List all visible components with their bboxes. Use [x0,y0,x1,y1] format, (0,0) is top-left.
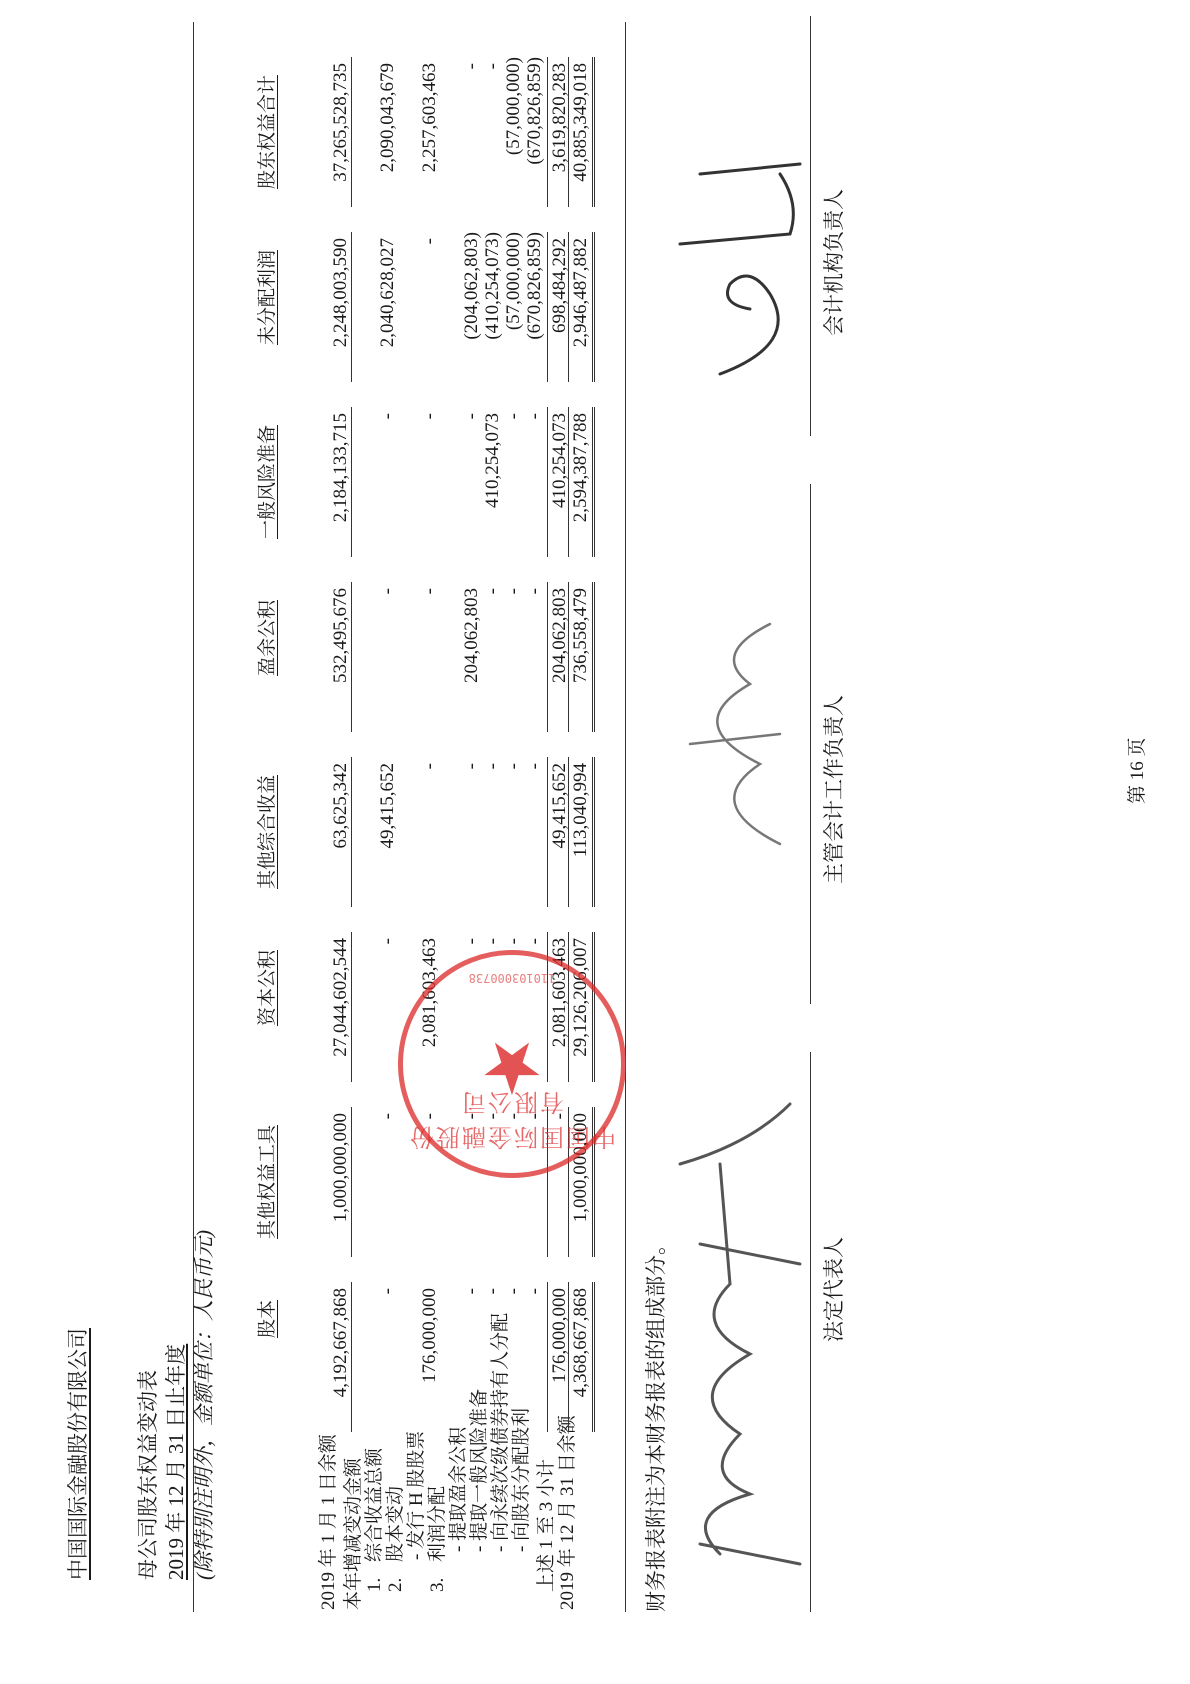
row-number: 3. [427,1562,448,1592]
table-cell: - [377,1282,398,1452]
table-cell: - [461,757,482,927]
table-cell: 27,044,602,544 [330,932,351,1102]
table-cell: 2,946,487,882 [570,232,591,402]
table-cell: 410,254,073 [482,407,503,577]
table-cell: - [377,1107,398,1277]
signature-line-legal-rep [810,1052,811,1612]
table-cell: - [419,232,440,402]
table-cell: - [461,57,482,227]
column-header: 盈余公积 [252,582,282,752]
table-cell: (670,826,859) [524,232,545,402]
table-cell: 2,248,003,590 [330,232,351,402]
opening-balance-rule [351,407,352,557]
signature-accounting-head [660,604,800,864]
opening-balance-rule [351,582,352,732]
table-cell: - [377,582,398,752]
table-cell: 3,619,820,283 [549,57,570,227]
table-cell: (57,000,000) [503,232,524,402]
signature-accounting-dept [660,124,810,404]
row-label-text: 2019 年 1 月 1 日余额 [318,1434,339,1610]
column-header: 其他权益工具 [252,1107,282,1277]
column-cells: 63,625,34249,415,652-----49,415,652113,0… [330,757,591,927]
table-cell: - [482,757,503,927]
table-cell [440,232,461,402]
column-cells: 2,184,133,715---410,254,073--410,254,073… [330,407,591,577]
opening-balance-rule [351,1107,352,1257]
opening-balance-rule [351,57,352,207]
table-cell: - [419,757,440,927]
table-cell: 532,495,676 [330,582,351,752]
table-cell: 49,415,652 [549,757,570,927]
table-cell: 2,040,628,027 [377,232,398,402]
column-cells: 37,265,528,7352,090,043,6792,257,603,463… [330,57,591,227]
table-cell: 1,000,000,000 [330,1107,351,1277]
row-label-text: 上述 1 至 3 小计 [536,1459,557,1592]
company-name: 中国国际金融股份有限公司 [62,1328,92,1580]
signatory-accounting-head: 主管会计工作负责人 [818,695,848,884]
table-cell: - [482,1282,503,1452]
opening-balance-rule [351,1282,352,1432]
table-cell [398,582,419,752]
column-header: 一般风险准备 [252,407,282,577]
table-cell: 49,415,652 [377,757,398,927]
table-cell: (670,826,859) [524,57,545,227]
table-cell: - [377,932,398,1102]
table-cell [440,407,461,577]
row-number: 2. [385,1562,406,1592]
table-cell: 37,265,528,735 [330,57,351,227]
signature-line-accounting-dept [810,16,811,436]
table-column: 盈余公积532,495,676--204,062,803---204,062,8… [252,582,591,752]
opening-balance-rule [351,232,352,382]
signatory-legal-rep: 法定代表人 [818,1237,848,1342]
table-column: 股本4,192,667,868-176,000,000----176,000,0… [252,1282,591,1452]
table-cell: - [419,407,440,577]
table-cell [356,407,377,577]
table-cell: (204,062,803) [461,232,482,402]
table-cell: 698,484,292 [549,232,570,402]
column-cells: 2,248,003,5902,040,628,027-(204,062,803)… [330,232,591,402]
table-cell [356,1107,377,1277]
table-cell [398,407,419,577]
table-cell: 4,368,667,868 [570,1282,591,1452]
table-cell [440,57,461,227]
table-cell [398,757,419,927]
table-column: 其他综合收益63,625,34249,415,652-----49,415,65… [252,757,591,927]
table-column: 未分配利润2,248,003,5902,040,628,027-(204,062… [252,232,591,402]
table-cell: 2,184,133,715 [330,407,351,577]
table-cell [356,932,377,1102]
table-cell [398,1282,419,1452]
table-cell: - [482,57,503,227]
opening-balance-rule [351,932,352,1082]
table-cell: (57,000,000) [503,57,524,227]
table-cell: 176,000,000 [419,1282,440,1452]
table-cell: 176,000,000 [549,1282,570,1452]
table-cell: - [524,582,545,752]
table-cell: - [503,1282,524,1452]
table-cell: 204,062,803 [549,582,570,752]
signatory-accounting-dept: 会计机构负责人 [818,189,848,336]
table-cell [356,582,377,752]
table-cell: - [461,1282,482,1452]
table-cell [440,582,461,752]
table-column: 一般风险准备2,184,133,715---410,254,073--410,2… [252,407,591,577]
column-header: 未分配利润 [252,232,282,402]
seal-code: 110103000738 [403,971,621,985]
table-cell: 40,885,349,018 [570,57,591,227]
table-cell: 736,558,479 [570,582,591,752]
table-cell: - [419,582,440,752]
table-cell: 204,062,803 [461,582,482,752]
table-cell: - [503,407,524,577]
table-cell: 4,192,667,868 [330,1282,351,1452]
row-label-text: 利润分配 [427,1486,448,1562]
row-label-text: 本年增减变动金额 [343,1458,364,1610]
table-cell [398,232,419,402]
column-cells: 4,192,667,868-176,000,000----176,000,000… [330,1282,591,1452]
statement-title: 母公司股东权益变动表 [132,1370,162,1580]
column-cells: 532,495,676--204,062,803---204,062,80373… [330,582,591,752]
row-number: 1. [364,1562,385,1592]
table-cell [356,57,377,227]
page-number: 第 16 页 [1122,737,1149,804]
table-cell: 113,040,994 [570,757,591,927]
table-cell [356,232,377,402]
table-cell: - [524,757,545,927]
table-cell: 2,257,603,463 [419,57,440,227]
column-header: 资本公积 [252,932,282,1102]
signature-legal-rep [660,1064,810,1584]
table-bottom-rule [625,22,626,1612]
table-cell: - [503,757,524,927]
table-cell [398,57,419,227]
table-cell: 63,625,342 [330,757,351,927]
statement-period: 2019 年 12 月 31 日止年度 [160,1344,190,1580]
table-cell: - [482,582,503,752]
column-header: 股东权益合计 [252,57,282,227]
company-seal: 中国国际金融股份有限公司 ★ 110103000738 [398,950,626,1178]
row-label-text: 综合收益总额 [364,1448,385,1562]
seal-star-icon: ★ [403,1031,621,1103]
column-header: 其他综合收益 [252,757,282,927]
table-cell: - [524,1282,545,1452]
table-column: 股东权益合计37,265,528,7352,090,043,6792,257,6… [252,57,591,227]
table-cell [440,1282,461,1452]
table-cell: - [377,407,398,577]
table-cell [356,757,377,927]
table-cell: (410,254,073) [482,232,503,402]
document-page: 中国国际金融股份有限公司 母公司股东权益变动表 2019 年 12 月 31 日… [0,0,1190,1684]
table-top-rule [193,22,194,1612]
table-cell [356,1282,377,1452]
row-label-text: 股本变动 [385,1486,406,1562]
column-header: 股本 [252,1282,282,1452]
table-cell [440,757,461,927]
table-cell: - [503,582,524,752]
table-cell: 2,594,387,788 [570,407,591,577]
signature-line-accounting-head [810,484,811,1004]
opening-balance-rule [351,757,352,907]
table-cell: 2,090,043,679 [377,57,398,227]
table-cell: 410,254,073 [549,407,570,577]
table-cell: - [524,407,545,577]
table-cell: - [461,407,482,577]
